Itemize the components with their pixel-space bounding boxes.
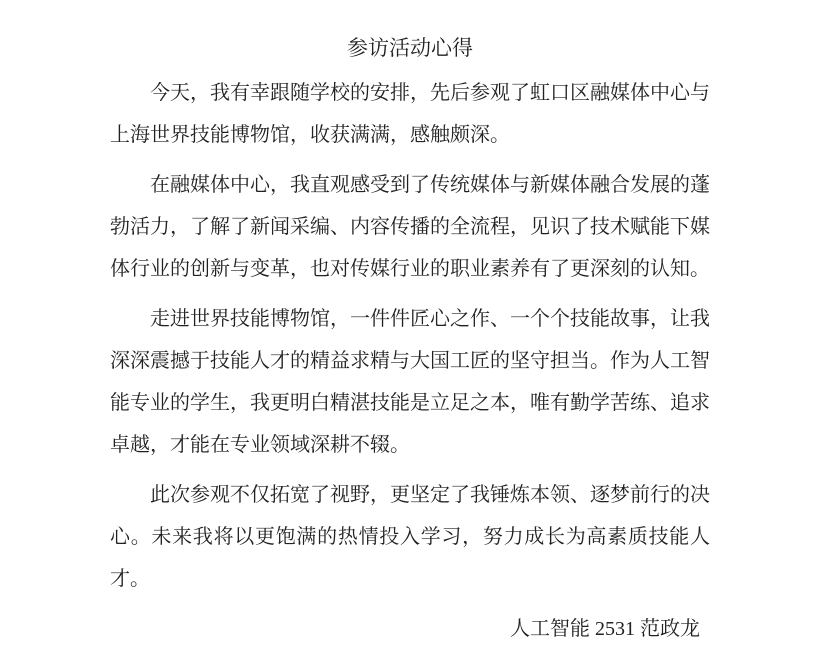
document-title: 参访活动心得: [110, 36, 710, 60]
paragraph-1: 今天，我有幸跟随学校的安排，先后参观了虹口区融媒体中心与上海世界技能博物馆，收获…: [110, 72, 710, 156]
paragraph-4: 此次参观不仅拓宽了视野，更坚定了我锤炼本领、逐梦前行的决心。未来我将以更饱满的热…: [110, 474, 710, 600]
document-page: 参访活动心得 今天，我有幸跟随学校的安排，先后参观了虹口区融媒体中心与上海世界技…: [0, 0, 823, 617]
signature: 人工智能 2531 范政龙: [110, 608, 710, 617]
paragraph-2: 在融媒体中心，我直观感受到了传统媒体与新媒体融合发展的蓬勃活力，了解了新闻采编、…: [110, 164, 710, 290]
paragraph-3: 走进世界技能博物馆，一件件匠心之作、一个个技能故事，让我深深震撼于技能人才的精益…: [110, 298, 710, 466]
